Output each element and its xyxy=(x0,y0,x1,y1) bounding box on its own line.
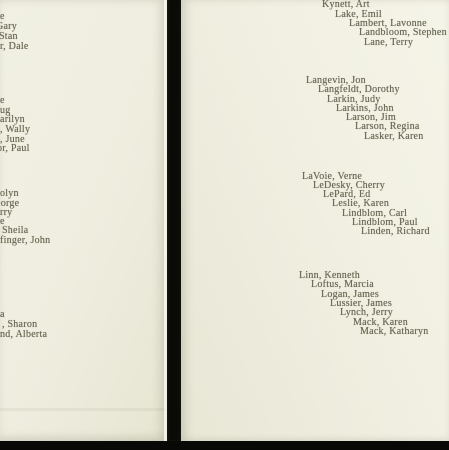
name-entry: Linden, Richard xyxy=(361,227,430,237)
name-entry: Mack, Katharyn xyxy=(360,327,428,337)
left-page-scan: eGaryStanr, Daleeugarilyn, Wally, Juneor… xyxy=(0,0,167,441)
name-fragment: r, Dale xyxy=(0,42,29,52)
yearbook-scan: { "colors": { "paper": "#f0efe1", "ink":… xyxy=(0,0,449,450)
name-fragment: nd, Alberta xyxy=(0,330,47,340)
name-entry: Lane, Terry xyxy=(364,38,413,48)
name-entry: Lasker, Karen xyxy=(364,132,424,142)
book-gutter xyxy=(167,0,181,450)
photo-bottom-edge xyxy=(0,441,449,450)
name-fragment: or, Paul xyxy=(0,144,30,154)
right-page-scan: Kynett, ArtLake, EmilLambert, LavonneLan… xyxy=(181,0,449,443)
name-fragment: finger, John xyxy=(0,236,50,246)
page-crease xyxy=(0,408,167,411)
